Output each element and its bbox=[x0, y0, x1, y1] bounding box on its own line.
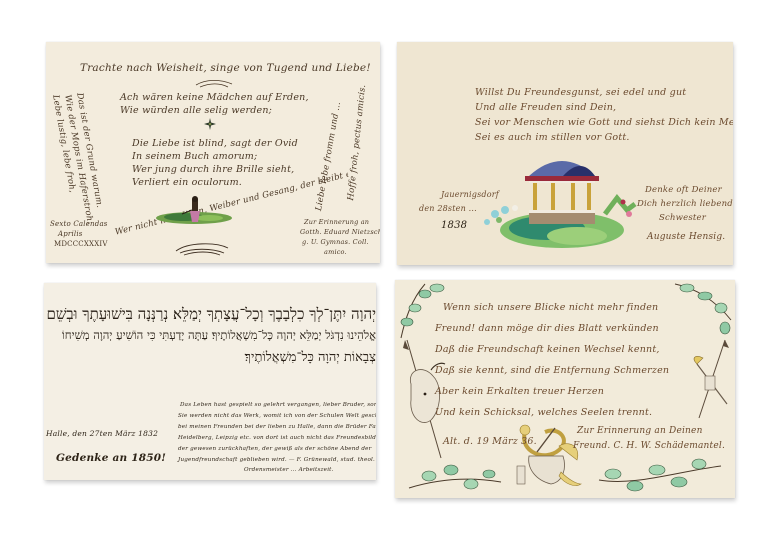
card-1-verse-2-line-2: In seinem Buch amorum; bbox=[132, 151, 257, 162]
card-1-right-vertical-1: Liebe lebe fromm und ... bbox=[314, 101, 343, 212]
bottom-flourish-icon bbox=[172, 242, 232, 256]
card-1-verse-2-line-4: Verliert ein oculorum. bbox=[132, 177, 242, 188]
card-2-signature-3: Schwester bbox=[659, 213, 706, 223]
card-3-note-line-3: bei meinen Freunden bei der lieben zu Ha… bbox=[178, 424, 376, 430]
card-4-verse-line-4: Daß sie kennt, sind die Entfernung Schme… bbox=[435, 365, 669, 376]
card-1-date-line-1: Sexto Calendas bbox=[50, 220, 108, 228]
flourish-icon bbox=[194, 79, 234, 89]
crossed-spear-and-knife-icon bbox=[691, 340, 731, 420]
card-2-date-line-1: Jauernigsdorf bbox=[441, 190, 499, 199]
card-4-verse-line-3: Daß die Freundschaft keinen Wechsel kenn… bbox=[435, 344, 660, 355]
card-2-date-line-2: den 28sten ... bbox=[419, 204, 477, 213]
card-1-dedication-1: Zur Erinnerung an bbox=[304, 218, 369, 226]
card-2-signature-1: Denke oft Deiner bbox=[645, 185, 722, 195]
album-leaf-card-2: Willst Du Freundesgunst, sei edel und gu… bbox=[397, 42, 733, 265]
card-2-verse-line-4: Sei es auch im stillen vor Gott. bbox=[475, 132, 630, 143]
card-3-note-line-1: Das Leben hast gespielt so gelehrt verga… bbox=[180, 402, 376, 408]
card-3-place-date: Halle, den 27ten März 1832 bbox=[46, 429, 158, 438]
card-4-dedication-2: Freund. C. H. W. Schädemantel. bbox=[573, 441, 725, 451]
card-3-annotation: Gedenke an 1850! bbox=[56, 452, 166, 464]
album-leaf-card-1: Trachte nach Weisheit, singe von Tugend … bbox=[46, 42, 380, 263]
card-3-hebrew-line-2: אֱלֹהֵינוּ נִדְגֹּל יְמַלֵּא יְהוָה כָּל… bbox=[44, 328, 376, 342]
card-3-note-line-7: Ordensmeister ... Arbeitszeit. bbox=[244, 467, 334, 473]
card-3-hebrew-line-3: צְבָאוֹת יְהוָה כָּל־מִשְׁאֲלוֹתֶיךָ׃ bbox=[196, 349, 376, 365]
card-1-dedication-2: Gotth. Eduard Nietzsche bbox=[300, 228, 380, 236]
album-leaf-card-3: יְהוָה יִתֶּן־לְךָ כִלְבָבֶךָ וְכָל־עֲצָ… bbox=[44, 283, 376, 480]
album-leaf-card-4: Wenn sich unsere Blicke nicht mehr finde… bbox=[395, 280, 735, 498]
card-1-right-vertical-2: Hoffe froh, pectus amicis. bbox=[346, 84, 368, 201]
card-3-note-line-5: der gewesen zurückhaften, der gewiß als … bbox=[178, 446, 372, 452]
card-3-hebrew-line-1: יְהוָה יִתֶּן־לְךָ כִלְבָבֶךָ וְכָל־עֲצָ… bbox=[44, 305, 376, 324]
card-2-date-line-3: 1838 bbox=[441, 220, 467, 231]
card-4-verse-line-1: Wenn sich unsere Blicke nicht mehr finde… bbox=[443, 302, 658, 313]
card-1-date-line-2: Aprilis bbox=[58, 230, 83, 238]
card-1-dedication-4: amico. bbox=[324, 248, 347, 256]
painted-vignette-figure-icon bbox=[154, 196, 234, 226]
card-4-verse-line-2: Freund! dann möge dir dies Blatt verkünd… bbox=[435, 323, 659, 334]
oak-leaf-sprig-bottom-right-icon bbox=[595, 452, 725, 496]
oak-leaf-sprig-bottom-left-icon bbox=[405, 458, 505, 498]
card-3-note-line-4: Heidelberg, Leipzig etc. von dort ist au… bbox=[178, 435, 376, 441]
card-2-verse-line-1: Willst Du Freundesgunst, sei edel und gu… bbox=[475, 87, 686, 98]
card-1-verse-2-line-3: Wer jung durch ihre Brille sieht, bbox=[132, 164, 294, 175]
card-1-dedication-3: g. U. Gymnas. Coll. bbox=[302, 238, 369, 246]
card-1-verse-2-line-1: Die Liebe ist blind, sagt der Ovid bbox=[132, 138, 298, 149]
card-2-signature-4: Auguste Hensig. bbox=[647, 232, 725, 242]
card-2-verse-line-3: Sei vor Menschen wie Gott und siehst Dic… bbox=[475, 117, 733, 128]
card-4-verse-line-5: Aber kein Erkalten treuer Herzen bbox=[435, 386, 604, 397]
card-2-signature-2: Dich herzlich liebenden bbox=[637, 199, 733, 209]
card-2-verse-line-2: Und alle Freuden sind Dein, bbox=[475, 102, 616, 113]
card-4-dedication-1: Zur Erinnerung an Deinen bbox=[577, 426, 703, 436]
card-1-heading: Trachte nach Weisheit, singe von Tugend … bbox=[80, 62, 371, 74]
card-4-verse-line-6: Und kein Schicksal, welches Seelen trenn… bbox=[435, 407, 652, 418]
card-1-date-line-3: MDCCCXXXIV bbox=[54, 240, 108, 248]
card-3-note-line-2: Sie werden nicht das Werk, womit ich von… bbox=[178, 413, 376, 419]
star-ornament-icon bbox=[204, 118, 216, 130]
card-4-place-date: Alt. d. 19 März 36. bbox=[443, 436, 537, 447]
card-1-verse-1-line-2: Wie würden alle selig werden; bbox=[120, 105, 272, 116]
beaded-gazebo-icon bbox=[477, 152, 647, 252]
card-3-note-line-6: Jugendfreundschaft geblieben wird. — F. … bbox=[178, 457, 376, 463]
card-1-verse-1-line-1: Ach wären keine Mädchen auf Erden, bbox=[120, 92, 309, 103]
